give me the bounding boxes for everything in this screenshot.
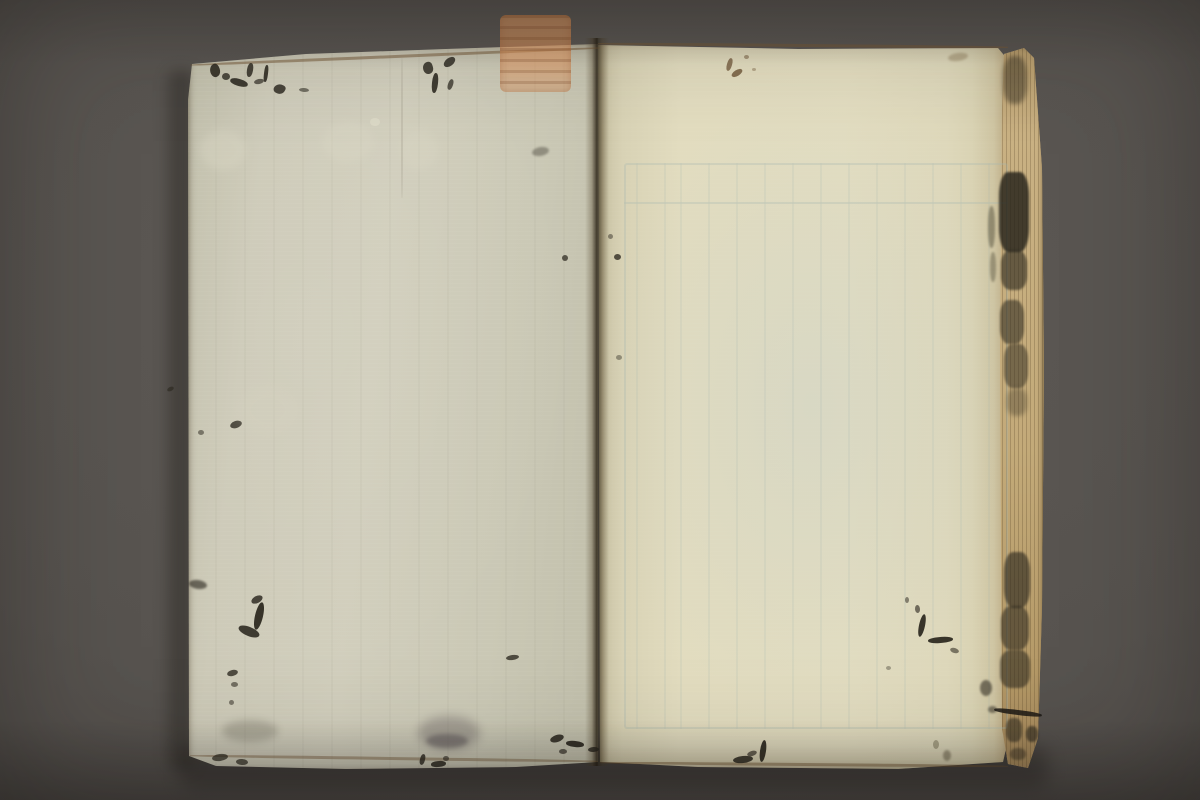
left-page — [186, 40, 598, 772]
book-photograph — [0, 0, 1200, 800]
gutter-shadow — [585, 38, 609, 766]
bleedthrough-table-grid — [624, 163, 1008, 729]
archive-label — [500, 15, 571, 92]
